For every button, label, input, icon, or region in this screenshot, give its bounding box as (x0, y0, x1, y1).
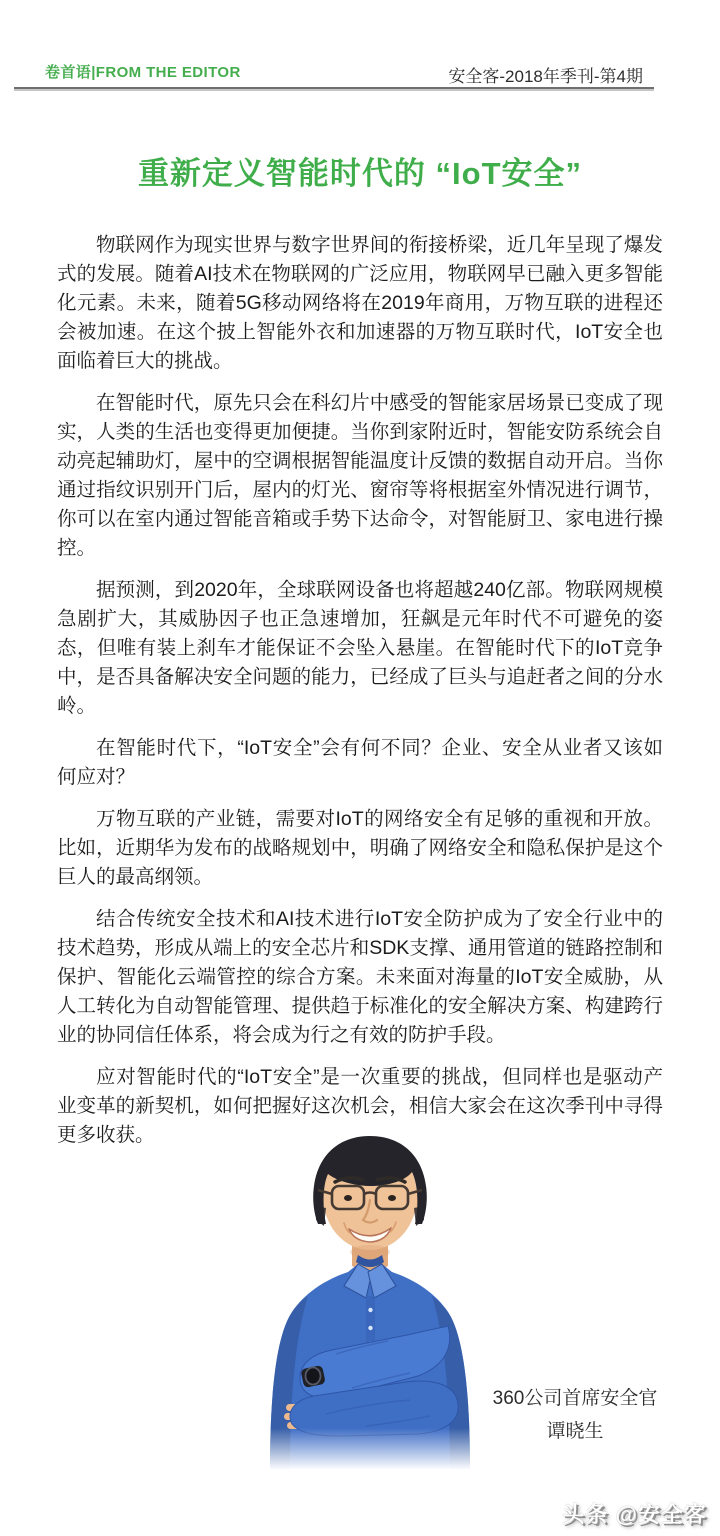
toutiao-watermark: 头条 @安全客 (562, 1498, 707, 1529)
paragraph: 在智能时代，原先只会在科幻片中感受的智能家居场景已变成了现实，人类的生活也变得更… (57, 389, 663, 563)
header-divider (14, 87, 654, 89)
author-name: 谭晓生 (455, 1415, 695, 1448)
section-label: 卷首语|FROM THE EDITOR (45, 61, 241, 82)
paragraph: 万物互联的产业链，需要对IoT的网络安全有足够的重视和开放。比如，近期华为发布的… (57, 805, 663, 892)
author-caption: 360公司首席安全官 谭晓生 (455, 1382, 695, 1448)
article-body: 物联网作为现实世界与数字世界间的衔接桥梁，近几年呈现了爆发式的发展。随着AI技术… (57, 231, 663, 1163)
paragraph: 结合传统安全技术和AI技术进行IoT安全防护成为了安全行业中的技术趋势，形成从端… (57, 905, 663, 1050)
issue-label: 安全客-2018年季刊-第4期 (448, 62, 643, 87)
author-title: 360公司首席安全官 (455, 1382, 695, 1415)
portrait-man-blue-shirt-arms-crossed-graphic (256, 1122, 484, 1470)
paragraph: 据预测，到2020年，全球联网设备也将超越240亿部。物联网规模急剧扩大，其威胁… (57, 576, 663, 721)
page-title: 重新定义智能时代的 “IoT安全” (0, 148, 720, 193)
paragraph: 在智能时代下，“IoT安全”会有何不同？企业、安全从业者又该如何应对？ (57, 734, 663, 792)
paragraph: 物联网作为现实世界与数字世界间的衔接桥梁，近几年呈现了爆发式的发展。随着AI技术… (57, 231, 663, 376)
editor-foreword-page: 卷首语|FROM THE EDITOR 安全客-2018年季刊-第4期 重新定义… (0, 0, 720, 1536)
author-portrait-photo (256, 1122, 484, 1470)
